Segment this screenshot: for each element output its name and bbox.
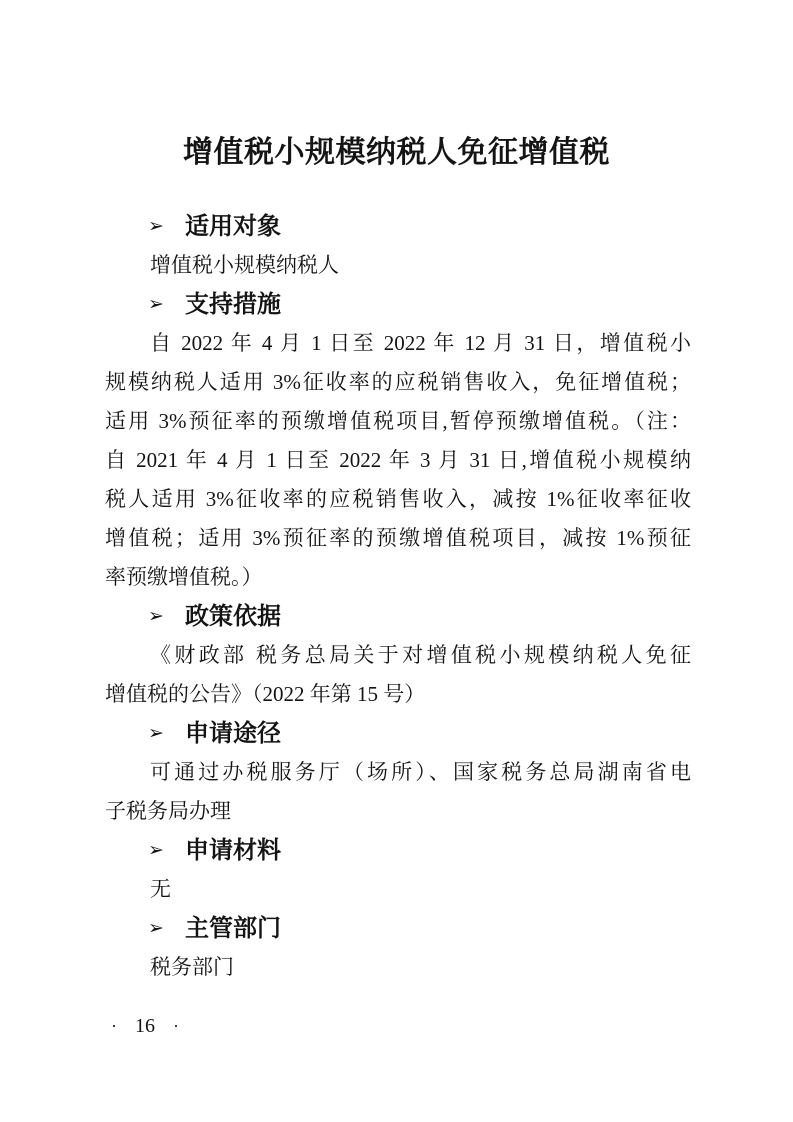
page-footer: · 16 · xyxy=(111,1010,179,1042)
body-line: 可通过办税服务厅（场所）、国家税务总局湖南省电 xyxy=(105,753,691,792)
body-line: 规模纳税人适用 3%征收率的应税销售收入，免征增值税； xyxy=(105,363,691,402)
arrow-bullet-icon: ➢ xyxy=(148,724,185,743)
body-line: 增值税小规模纳税人 xyxy=(105,246,691,285)
document-title: 增值税小规模纳税人免征增值税 xyxy=(0,130,793,176)
page-number: 16 xyxy=(135,1010,155,1042)
body-line: 增值税；适用 3%预征率的预缴增值税项目，减按 1%预征 xyxy=(105,519,691,558)
heading-label: 支持措施 xyxy=(185,285,281,324)
heading-application-channels: ➢ 申请途径 xyxy=(105,714,691,753)
heading-policy-basis: ➢ 政策依据 xyxy=(105,597,691,636)
heading-label: 适用对象 xyxy=(185,207,281,246)
footer-right-dot: · xyxy=(173,1010,179,1042)
heading-applicable-targets: ➢ 适用对象 xyxy=(105,207,691,246)
arrow-bullet-icon: ➢ xyxy=(148,217,185,236)
heading-support-measures: ➢ 支持措施 xyxy=(105,285,691,324)
footer-left-dot: · xyxy=(111,1010,117,1042)
body-line: 自 2022 年 4 月 1 日至 2022 年 12 月 31 日，增值税小 xyxy=(105,324,691,363)
body-line: 税人适用 3%征收率的应税销售收入，减按 1%征收率征收 xyxy=(105,480,691,519)
heading-label: 主管部门 xyxy=(185,909,281,948)
heading-label: 政策依据 xyxy=(185,597,281,636)
heading-application-materials: ➢ 申请材料 xyxy=(105,831,691,870)
arrow-bullet-icon: ➢ xyxy=(148,607,185,626)
body-line: 适用 3%预征率的预缴增值税项目,暂停预缴增值税。（注： xyxy=(105,402,691,441)
arrow-bullet-icon: ➢ xyxy=(148,295,185,314)
body-line: 增值税的公告》（2022 年第 15 号） xyxy=(105,675,691,714)
body-line: 率预缴增值税。） xyxy=(105,558,691,597)
document-page: 增值税小规模纳税人免征增值税 ➢ 适用对象 增值税小规模纳税人 ➢ 支持措施 自… xyxy=(0,0,793,1122)
body-line: 自 2021 年 4 月 1 日至 2022 年 3 月 31 日,增值税小规模… xyxy=(105,441,691,480)
heading-label: 申请途径 xyxy=(185,714,281,753)
arrow-bullet-icon: ➢ xyxy=(148,841,185,860)
body-line: 无 xyxy=(105,870,691,909)
body-line: 《财政部 税务总局关于对增值税小规模纳税人免征 xyxy=(105,636,691,675)
heading-competent-department: ➢ 主管部门 xyxy=(105,909,691,948)
body-line: 税务部门 xyxy=(105,948,691,987)
body-line: 子税务局办理 xyxy=(105,792,691,831)
document-body: ➢ 适用对象 增值税小规模纳税人 ➢ 支持措施 自 2022 年 4 月 1 日… xyxy=(105,207,691,987)
arrow-bullet-icon: ➢ xyxy=(148,919,185,938)
heading-label: 申请材料 xyxy=(185,831,281,870)
